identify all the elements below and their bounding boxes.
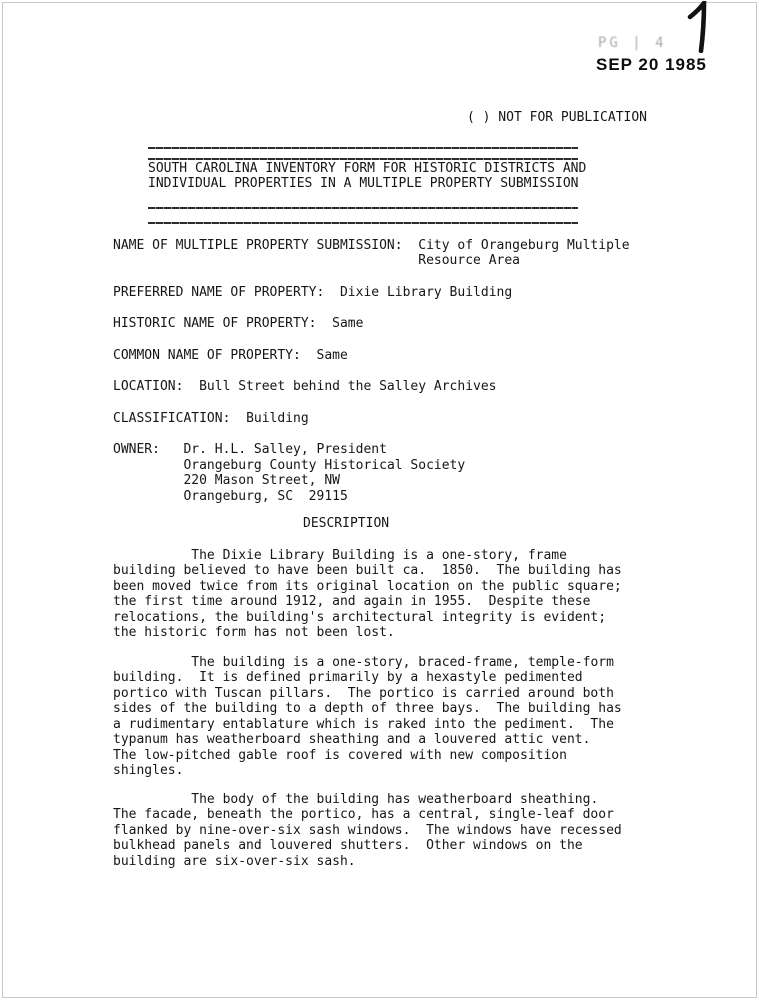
field-value: Bull Street behind the Salley Archives: [199, 379, 648, 395]
field-value: Building: [246, 411, 648, 427]
field-multiple-property-submission: NAME OF MULTIPLE PROPERTY SUBMISSION: Ci…: [113, 238, 648, 269]
field-label: OWNER:: [113, 442, 183, 458]
document-content: ( ) NOT FOR PUBLICATION SOUTH CAROLINA I…: [0, 0, 759, 1000]
field-preferred-name: PREFERRED NAME OF PROPERTY: Dixie Librar…: [113, 285, 648, 301]
field-list: NAME OF MULTIPLE PROPERTY SUBMISSION: Ci…: [113, 238, 648, 505]
field-label: HISTORIC NAME OF PROPERTY:: [113, 316, 332, 332]
field-historic-name: HISTORIC NAME OF PROPERTY: Same: [113, 316, 648, 332]
field-label: COMMON NAME OF PROPERTY:: [113, 348, 317, 364]
horizontal-rule: [148, 158, 578, 160]
field-location: LOCATION: Bull Street behind the Salley …: [113, 379, 648, 395]
field-value: Dr. H.L. Salley, President Orangeburg Co…: [183, 442, 648, 504]
field-value: Same: [332, 316, 648, 332]
field-value: Dixie Library Building: [340, 285, 648, 301]
field-label: NAME OF MULTIPLE PROPERTY SUBMISSION:: [113, 238, 418, 254]
description-paragraph: The body of the building has weatherboar…: [113, 792, 648, 870]
description-heading: DESCRIPTION: [303, 516, 648, 532]
field-value: City of Orangeburg Multiple Resource Are…: [418, 238, 648, 269]
field-value: Same: [317, 348, 649, 364]
horizontal-rule: [148, 147, 578, 149]
horizontal-rule: [148, 207, 578, 209]
field-label: LOCATION:: [113, 379, 199, 395]
field-label: PREFERRED NAME OF PROPERTY:: [113, 285, 340, 301]
field-classification: CLASSIFICATION: Building: [113, 411, 648, 427]
horizontal-rule: [148, 222, 578, 224]
field-owner: OWNER: Dr. H.L. Salley, President Orange…: [113, 442, 648, 504]
description-paragraph: The Dixie Library Building is a one-stor…: [113, 548, 648, 641]
scanned-document-page: PG | 4 SEP 20 1985 ( ) NOT FOR PUBLICATI…: [0, 0, 759, 1000]
not-for-publication-line: ( ) NOT FOR PUBLICATION: [467, 110, 648, 126]
form-title: SOUTH CAROLINA INVENTORY FORM FOR HISTOR…: [148, 161, 648, 192]
description-paragraph: The building is a one-story, braced-fram…: [113, 655, 648, 779]
field-common-name: COMMON NAME OF PROPERTY: Same: [113, 348, 648, 364]
field-label: CLASSIFICATION:: [113, 411, 246, 427]
